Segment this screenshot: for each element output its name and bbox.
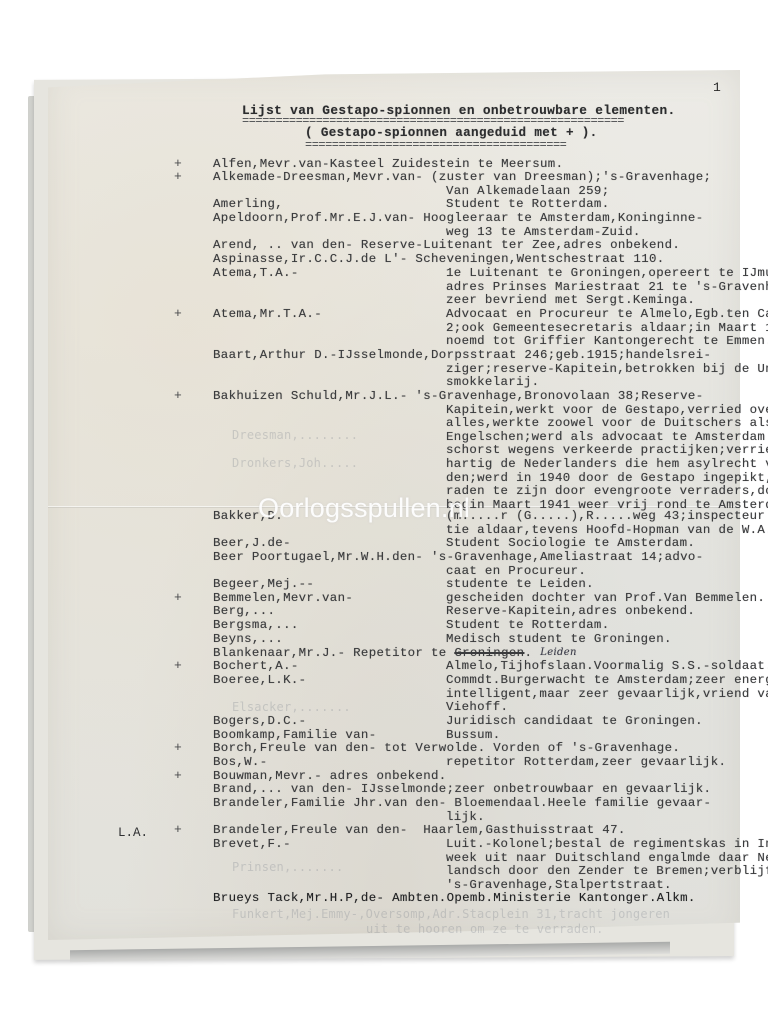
spy-marker: + bbox=[174, 306, 182, 321]
entry-name: Brandeler,Freule van den- Haarlem,Gasthu… bbox=[213, 823, 626, 837]
entry-description-line: smokkelarij. bbox=[446, 375, 539, 389]
entry-description-line: Student Sociologie te Amsterdam. bbox=[446, 536, 695, 550]
entry-name: Baart,Arthur D.-IJsselmonde,Dorpsstraat … bbox=[213, 348, 711, 362]
entry-name: Aspinasse,Ir.C.C.J.de L'- Scheveningen,W… bbox=[213, 252, 665, 266]
entry-description-line: studente te Leiden. bbox=[446, 577, 594, 591]
subtitle-underline: ======================================= bbox=[305, 142, 613, 149]
spy-marker: + bbox=[174, 590, 182, 605]
entry-description-line: (m.....r (G.....),R.....weg 43;inspecteu… bbox=[446, 509, 768, 523]
entry-description-line: intelligent,maar zeer gevaarlijk,vriend … bbox=[446, 687, 768, 701]
entry-name: Bogers,D.C.- bbox=[213, 714, 306, 728]
entry-description-line: Van Alkemadelaan 259; bbox=[446, 184, 610, 198]
entry-name: Alfen,Mevr.van-Kasteel Zuidestein te Mee… bbox=[213, 157, 563, 171]
entry-description-line: Student te Rotterdam. bbox=[446, 618, 610, 632]
entry-name: Beyns,... bbox=[213, 632, 283, 646]
entry-description-line: den;werd in 1940 door de Gestapo ingepik… bbox=[446, 471, 768, 485]
entry-name: Boomkamp,Familie van- bbox=[213, 728, 377, 742]
entry-description-line: week uit naar Duitschland engalmde daar … bbox=[446, 851, 768, 865]
spy-marker: + bbox=[174, 658, 182, 673]
entry-description-line: Kapitein,werkt voor de Gestapo,verried o… bbox=[446, 403, 768, 417]
entry-description-line: ziger;reserve-Kapitein,betrokken bij de … bbox=[446, 362, 768, 376]
struck-text: Groningen bbox=[454, 646, 524, 660]
entry-description-line: gescheiden dochter van Prof.Van Bemmelen… bbox=[446, 591, 765, 605]
spy-marker: + bbox=[174, 768, 182, 783]
entry-description-line: Student te Rotterdam. bbox=[446, 197, 610, 211]
entry-description-line: 2;ook Gemeentesecretaris aldaar;in Maart… bbox=[446, 321, 768, 335]
entry-description-line: noemd tot Griffier Kantongerecht te Emme… bbox=[446, 334, 768, 348]
entry-name: Atema,Mr.T.A.- bbox=[213, 307, 322, 321]
entry-name: Berg,... bbox=[213, 604, 275, 618]
entry-description-line: Advocaat en Procureur te Almelo,Egb.ten … bbox=[446, 307, 768, 321]
spy-marker: + bbox=[174, 822, 182, 837]
entry-description-line: Juridisch candidaat te Groningen. bbox=[446, 714, 703, 728]
document-photo: Dreesman,........ Dronkers,Joh..... Elsa… bbox=[0, 0, 768, 1024]
entry-name: Bouwman,Mevr.- adres onbekend. bbox=[213, 769, 447, 783]
entry-description-line: repetitor Rotterdam,zeer gevaarlijk. bbox=[446, 755, 726, 769]
entry-description-line: Commdt.Burgerwacht te Amsterdam;zeer ene… bbox=[446, 673, 768, 687]
entry-description-line: landsch door den Zender te Bremen;verbli… bbox=[446, 864, 768, 878]
entry-description-line: Reserve-Kapitein,adres onbekend. bbox=[446, 604, 695, 618]
entry-name: Beer,J.de- bbox=[213, 536, 291, 550]
entry-name: Bemmelen,Mevr.van- bbox=[213, 591, 353, 605]
entry-name: Atema,T.A.- bbox=[213, 266, 299, 280]
entry-name: Blankenaar,Mr.J.- Repetitor te Groningen… bbox=[213, 646, 532, 660]
entry-description-line: Almelo,Tijhofslaan.Voormalig S.S.-soldaa… bbox=[446, 659, 768, 673]
entry-name: Bakker,D.- bbox=[213, 509, 291, 523]
entry-name: Amerling, bbox=[213, 197, 283, 211]
entry-name: Bakhuizen Schuld,Mr.J.L.- 's-Gravenhage,… bbox=[213, 389, 704, 403]
entry-description-line: tie aldaar,tevens Hoofd-Hopman van de W.… bbox=[446, 523, 768, 537]
entry-name: Beer Poortugael,Mr.W.H.den- 's-Gravenhag… bbox=[213, 550, 704, 564]
entry-name: Arend, .. van den- Reserve-Luitenant ter… bbox=[213, 238, 680, 252]
handwritten-correction: Leiden bbox=[540, 646, 577, 660]
entry-name: Bochert,A.- bbox=[213, 659, 299, 673]
entry-name: Begeer,Mej.-- bbox=[213, 577, 314, 591]
entry-name: Brand,... van den- IJsselmonde;zeer onbe… bbox=[213, 782, 711, 796]
title-underline: ========================================… bbox=[242, 118, 702, 125]
entry-name: Boeree,L.K.- bbox=[213, 673, 306, 687]
entry-description-line: adres Prinses Mariestraat 21 te 's-Grave… bbox=[446, 280, 768, 294]
document-title: Lijst van Gestapo-spionnen en onbetrouwb… bbox=[242, 104, 676, 118]
entry-description-line: 1e Luitenant te Groningen,opereert te IJ… bbox=[446, 266, 768, 280]
entry-name: Alkemade-Dreesman,Mevr.van- (zuster van … bbox=[213, 170, 711, 184]
entry-description-line: zeer bevriend met Sergt.Keminga. bbox=[446, 293, 695, 307]
entry-description-line: Bussum. bbox=[446, 728, 501, 742]
entry-description-line: hartig de Nederlanders die hem asylrecht… bbox=[446, 457, 768, 471]
spy-marker: + bbox=[174, 388, 182, 403]
entry-name: Bos,W.- bbox=[213, 755, 268, 769]
entry-description-line: weg 13 te Amsterdam-Zuid. bbox=[446, 225, 641, 239]
entry-description-line: raden te zijn door evengroote verraders,… bbox=[446, 484, 768, 498]
margin-note: L.A. bbox=[118, 826, 148, 840]
entry-description-line: Medisch student te Groningen. bbox=[446, 632, 672, 646]
entry-name: Bergsma,... bbox=[213, 618, 299, 632]
entry-name: Brueys Tack,Mr.H.P,de- Ambten.Opemb.Mini… bbox=[213, 891, 696, 905]
entry-name: Brandeler,Familie Jhr.van den- Bloemenda… bbox=[213, 796, 711, 810]
entry-name: Brevet,F.- bbox=[213, 837, 291, 851]
page-number: 1 bbox=[713, 80, 721, 95]
entry-description-line: caat en Procureur. bbox=[446, 564, 586, 578]
spy-marker: + bbox=[174, 740, 182, 755]
entry-description-line: lijk. bbox=[446, 810, 485, 824]
entry-description-line: schorst wegens verkeerde practijken;verr… bbox=[446, 443, 768, 457]
document-subtitle: ( Gestapo-spionnen aangeduid met + ). bbox=[305, 126, 598, 140]
entry-description-line: alles,werkte zoowel voor de Duitschers a… bbox=[446, 416, 768, 430]
entry-description-line: Engelschen;werd als advocaat te Amsterda… bbox=[446, 430, 768, 444]
entry-description-line: Viehoff. bbox=[446, 700, 508, 714]
spy-marker: + bbox=[174, 169, 182, 184]
entry-description-line: Luit.-Kolonel;bestal de regimentskas in … bbox=[446, 837, 768, 851]
entry-name: Borch,Freule van den- tot Verwolde. Vord… bbox=[213, 741, 680, 755]
entry-name: Apeldoorn,Prof.Mr.E.J.van- Hoogleeraar t… bbox=[213, 211, 704, 225]
entry-description-line: 's-Gravenhage,Stalpertstraat. bbox=[446, 878, 672, 892]
